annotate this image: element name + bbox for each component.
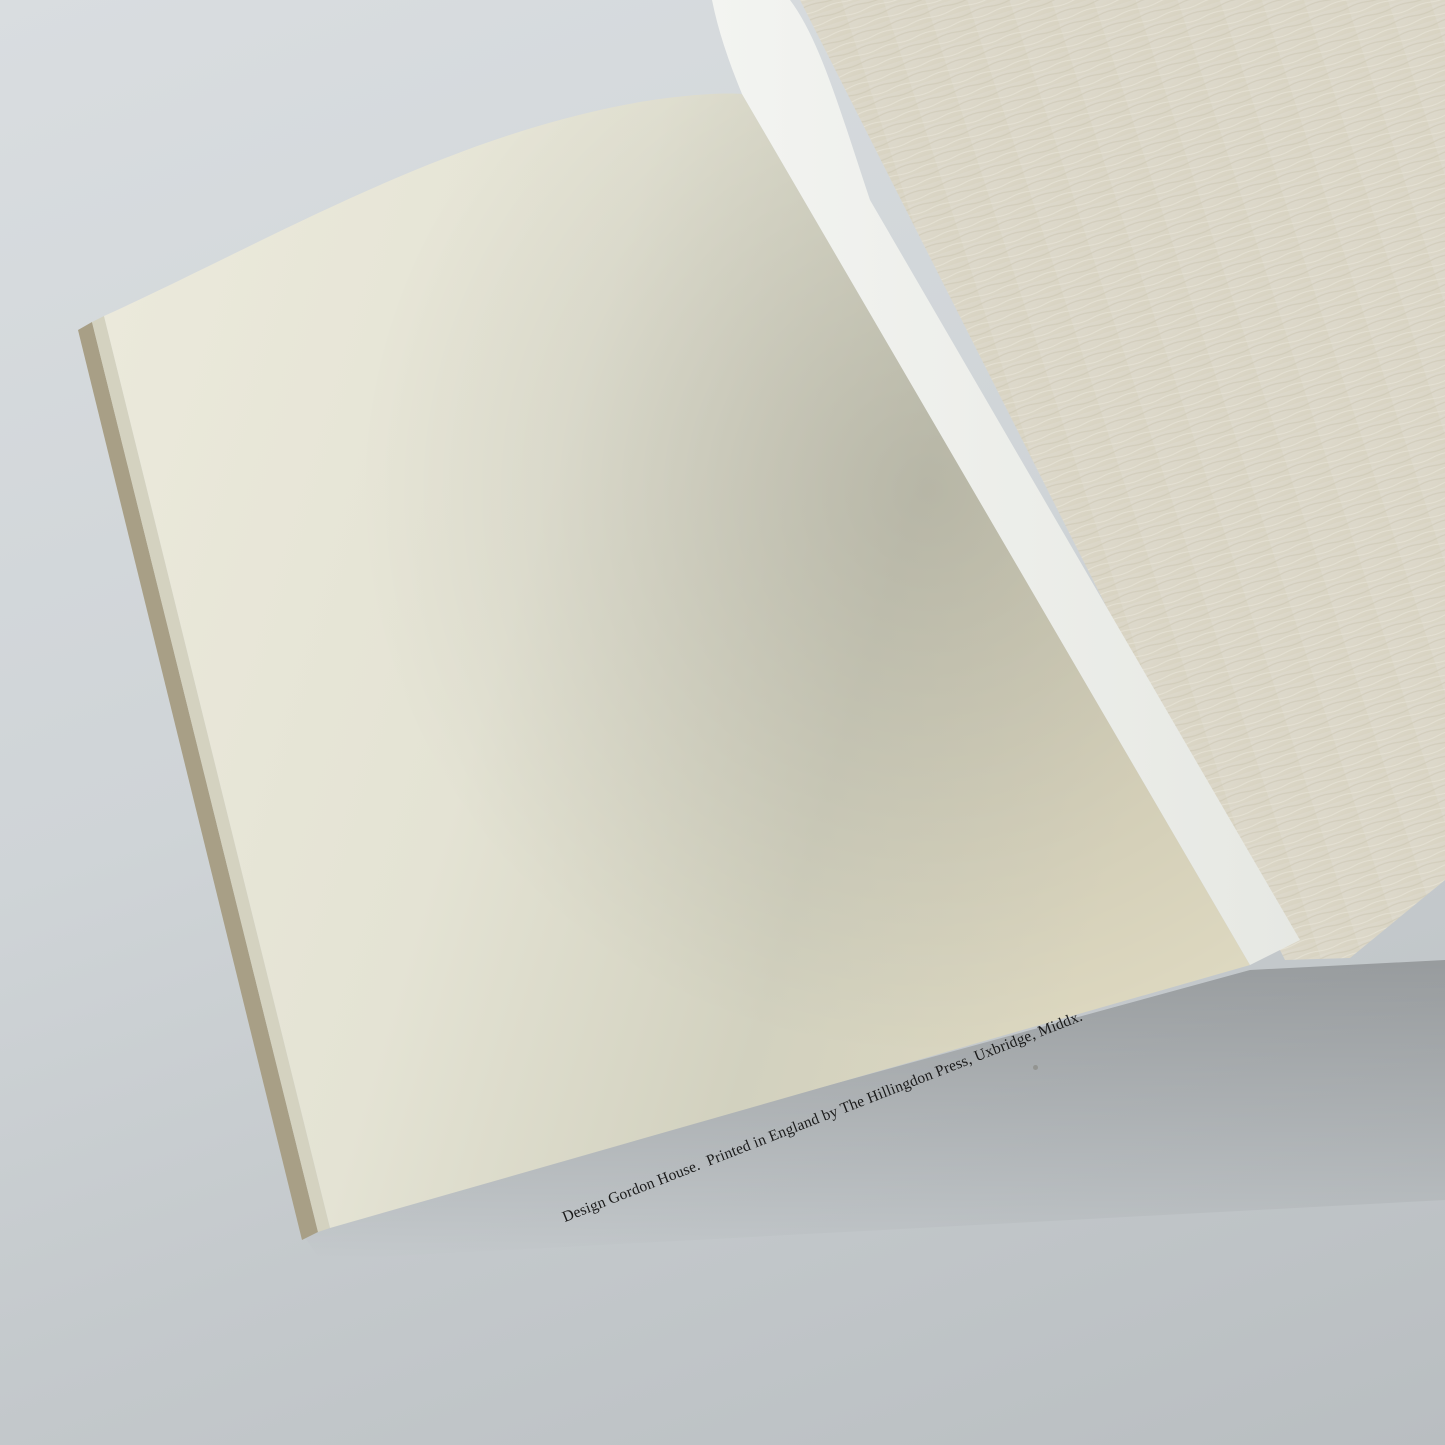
photo-scene: Design Gordon House. Printed in England … (0, 0, 1445, 1445)
paper-speck (1033, 1065, 1038, 1070)
book-illustration (0, 0, 1445, 1445)
